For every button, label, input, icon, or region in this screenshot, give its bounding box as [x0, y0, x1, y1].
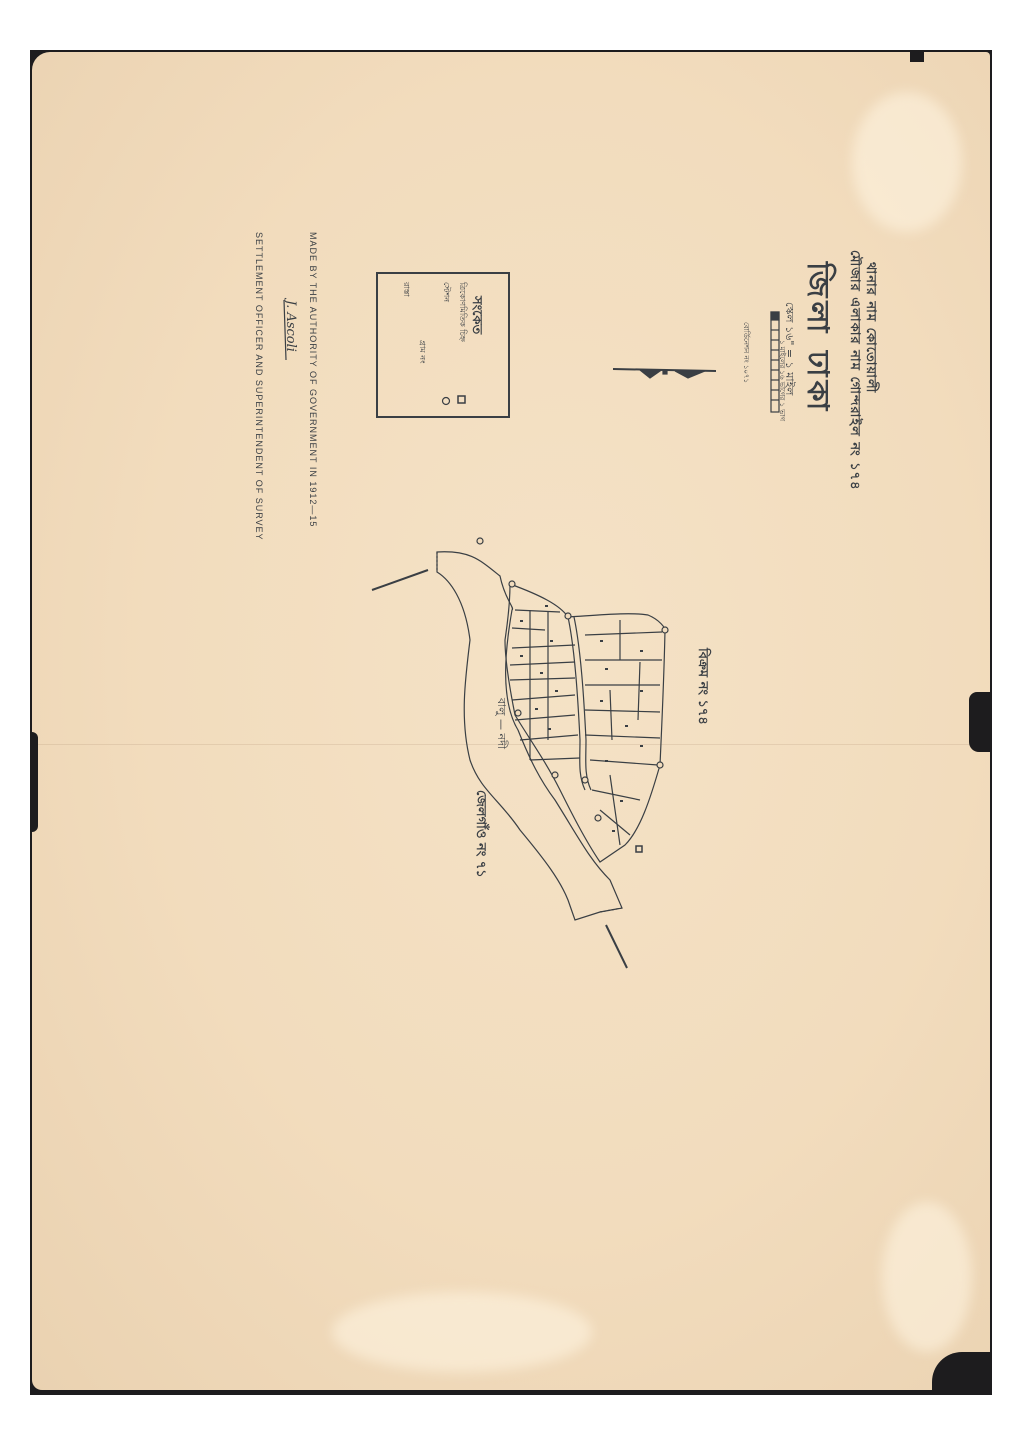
station-marker — [509, 581, 515, 587]
station-marker — [515, 710, 521, 716]
scale-bar — [771, 312, 779, 412]
station-marker — [477, 538, 483, 544]
station-marker — [565, 613, 571, 619]
mouza-boundary — [505, 584, 665, 862]
station-marker — [657, 762, 663, 768]
station-marker — [662, 627, 668, 633]
north-arrow-icon — [613, 369, 716, 378]
station-symbol — [443, 398, 450, 405]
map-linework — [0, 0, 1024, 1447]
river-balu — [372, 552, 627, 968]
trig-point-marker — [636, 846, 642, 852]
station-marker — [595, 815, 601, 821]
station-marker — [582, 777, 588, 783]
station-marker — [552, 772, 558, 778]
trig-station-symbol — [458, 396, 465, 403]
